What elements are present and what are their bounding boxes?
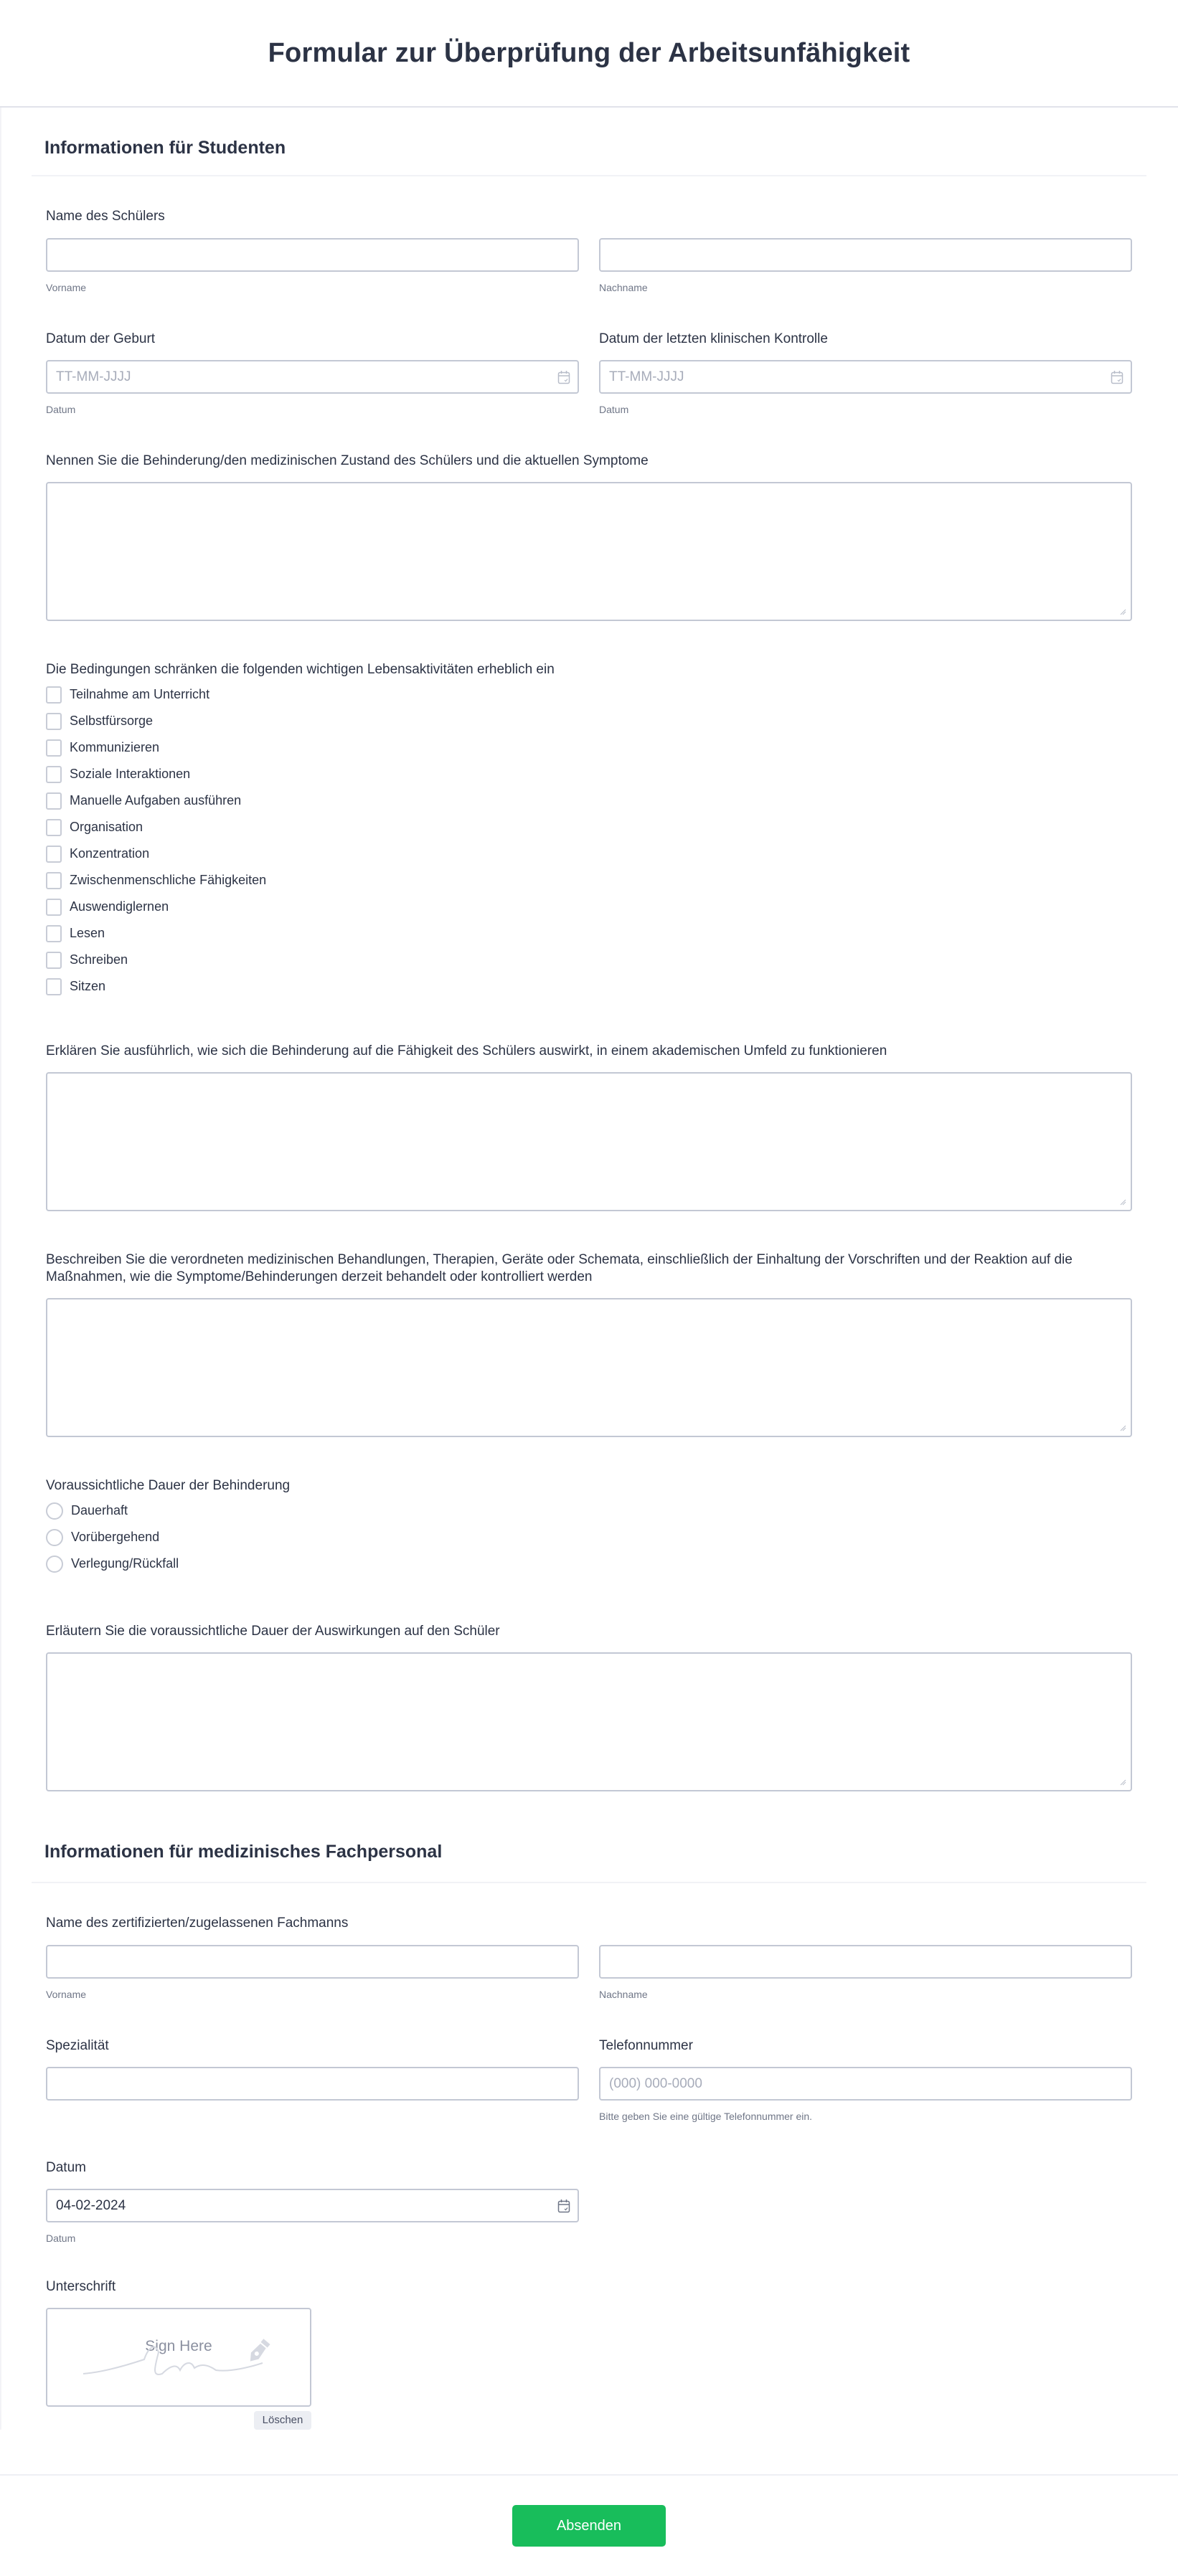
radio-option[interactable]: Dauerhaft — [46, 1497, 1132, 1524]
checkbox-option[interactable]: Schreiben — [46, 947, 1132, 973]
condition-textarea[interactable] — [46, 482, 1132, 621]
signature-field: Unterschrift Sign Here Löschen — [32, 2244, 1146, 2430]
checkbox-label[interactable]: Kommunizieren — [70, 740, 159, 755]
sublabel-last-name: Nachname — [599, 1989, 1132, 2000]
resize-handle-icon[interactable] — [1119, 1424, 1126, 1431]
student-name-field: Name des Schülers Vorname Nachname — [32, 176, 1146, 293]
section-header-student: Informationen für Studenten — [32, 108, 1146, 176]
phone-placeholder: (000) 000-0000 — [609, 2076, 702, 2092]
radio-option[interactable]: Verlegung/Rückfall — [46, 1550, 1132, 1577]
checkbox[interactable] — [46, 925, 62, 942]
checkbox[interactable] — [46, 872, 62, 889]
checkbox-label[interactable]: Teilnahme am Unterricht — [70, 687, 209, 702]
checkbox[interactable] — [46, 846, 62, 863]
radio-button[interactable] — [46, 1502, 63, 1520]
specialty-phone-row: Spezialität Telefonnummer (000) 000-0000… — [32, 2000, 1146, 2122]
date-field: Datum 04-02-2024 Datum — [32, 2122, 1146, 2244]
resize-handle-icon[interactable] — [1119, 608, 1126, 615]
sublabel-last-name: Nachname — [599, 282, 1132, 293]
section-header-professional: Informationen für medizinisches Fachpers… — [32, 1791, 1146, 1883]
checkbox[interactable] — [46, 792, 62, 810]
checkbox-option[interactable]: Soziale Interaktionen — [46, 761, 1132, 787]
radio-button[interactable] — [46, 1529, 63, 1546]
professional-last-name-input[interactable] — [599, 1945, 1132, 1979]
signature-pad[interactable]: Sign Here — [46, 2308, 311, 2407]
treatments-field: Beschreiben Sie die verordneten medizini… — [32, 1211, 1146, 1437]
field-label: Unterschrift — [46, 2278, 1132, 2296]
radio-label[interactable]: Dauerhaft — [71, 1503, 128, 1518]
academic-impact-field: Erklären Sie ausführlich, wie sich die B… — [32, 1000, 1146, 1211]
treatments-textarea[interactable] — [46, 1298, 1132, 1437]
field-label: Datum — [46, 2159, 579, 2177]
checkbox[interactable] — [46, 952, 62, 969]
checkbox-option[interactable]: Selbstfürsorge — [46, 708, 1132, 734]
last-checkup-placeholder: TT-MM-JJJJ — [609, 369, 684, 385]
form-body: Informationen für Studenten Name des Sch… — [0, 108, 1178, 2430]
checkbox-label[interactable]: Sitzen — [70, 979, 105, 994]
duration-effects-textarea[interactable] — [46, 1652, 1132, 1791]
field-label: Die Bedingungen schränken die folgenden … — [46, 661, 1132, 678]
date-value: 04-02-2024 — [56, 2198, 126, 2214]
sublabel-date: Datum — [46, 404, 579, 415]
sublabel-date: Datum — [46, 2232, 579, 2244]
calendar-icon[interactable] — [557, 370, 570, 384]
checkbox-option[interactable]: Auswendiglernen — [46, 894, 1132, 920]
sublabel-first-name: Vorname — [46, 282, 579, 293]
checkbox-option[interactable]: Kommunizieren — [46, 734, 1132, 761]
checkbox-label[interactable]: Manuelle Aufgaben ausführen — [70, 793, 241, 808]
birth-date-input[interactable]: TT-MM-JJJJ — [46, 360, 579, 394]
checkbox-label[interactable]: Lesen — [70, 926, 105, 941]
field-label: Nennen Sie die Behinderung/den medizinis… — [46, 453, 1132, 470]
form-title: Formular zur Überprüfung der Arbeitsunfä… — [268, 38, 910, 69]
checkbox[interactable] — [46, 686, 62, 704]
radio-label[interactable]: Vorübergehend — [71, 1530, 159, 1545]
date-input[interactable]: 04-02-2024 — [46, 2189, 579, 2222]
duration-radio-list: DauerhaftVorübergehendVerlegung/Rückfall — [46, 1497, 1132, 1577]
student-last-name-input[interactable] — [599, 238, 1132, 272]
checkbox-label[interactable]: Selbstfürsorge — [70, 714, 153, 729]
checkbox[interactable] — [46, 713, 62, 730]
student-first-name-input[interactable] — [46, 238, 579, 272]
checkbox-option[interactable]: Lesen — [46, 920, 1132, 947]
calendar-icon[interactable] — [1111, 370, 1123, 384]
checkbox[interactable] — [46, 739, 62, 757]
field-label: Voraussichtliche Dauer der Behinderung — [46, 1477, 1132, 1495]
checkbox-label[interactable]: Soziale Interaktionen — [70, 767, 190, 782]
left-border — [0, 108, 1, 2430]
field-label: Telefonnummer — [599, 2037, 1132, 2055]
section-heading: Informationen für Studenten — [44, 138, 1146, 158]
clear-signature-button[interactable]: Löschen — [254, 2411, 311, 2430]
academic-impact-textarea[interactable] — [46, 1072, 1132, 1211]
checkbox-label[interactable]: Schreiben — [70, 952, 128, 967]
checkbox-label[interactable]: Organisation — [70, 820, 143, 835]
field-label: Erklären Sie ausführlich, wie sich die B… — [46, 1043, 1132, 1060]
signature-pen-icon — [80, 2338, 281, 2381]
checkbox-option[interactable]: Sitzen — [46, 973, 1132, 1000]
resize-handle-icon[interactable] — [1119, 1198, 1126, 1206]
professional-name-field: Name des zertifizierten/zugelassenen Fac… — [32, 1883, 1146, 2000]
radio-button[interactable] — [46, 1555, 63, 1573]
checkbox-option[interactable]: Organisation — [46, 814, 1132, 840]
condition-field: Nennen Sie die Behinderung/den medizinis… — [32, 415, 1146, 621]
specialty-input[interactable] — [46, 2067, 579, 2101]
sublabel-date: Datum — [599, 404, 1132, 415]
calendar-icon[interactable] — [557, 2199, 570, 2213]
duration-field: Voraussichtliche Dauer der Behinderung D… — [32, 1437, 1146, 1577]
checkbox-label[interactable]: Zwischenmenschliche Fähigkeiten — [70, 873, 266, 888]
radio-label[interactable]: Verlegung/Rückfall — [71, 1556, 179, 1571]
activities-field: Die Bedingungen schränken die folgenden … — [32, 621, 1146, 1000]
professional-first-name-input[interactable] — [46, 1945, 579, 1979]
checkbox-option[interactable]: Teilnahme am Unterricht — [46, 681, 1132, 708]
sublabel-first-name: Vorname — [46, 1989, 579, 2000]
field-label: Datum der letzten klinischen Kontrolle — [599, 331, 1132, 348]
duration-effects-field: Erläutern Sie die voraussichtliche Dauer… — [32, 1577, 1146, 1791]
form-header: Formular zur Überprüfung der Arbeitsunfä… — [0, 0, 1178, 108]
field-label: Datum der Geburt — [46, 331, 579, 348]
field-label: Name des zertifizierten/zugelassenen Fac… — [46, 1915, 1132, 1932]
phone-hint: Bitte geben Sie eine gültige Telefonnumm… — [599, 2111, 1132, 2122]
form-footer: Absenden — [0, 2474, 1178, 2576]
checkbox[interactable] — [46, 978, 62, 995]
checkbox[interactable] — [46, 819, 62, 836]
resize-handle-icon[interactable] — [1119, 1779, 1126, 1786]
checkbox-option[interactable]: Manuelle Aufgaben ausführen — [46, 787, 1132, 814]
field-label: Erläutern Sie die voraussichtliche Dauer… — [46, 1623, 1132, 1640]
phone-field: Telefonnummer (000) 000-0000 Bitte geben… — [599, 2037, 1132, 2122]
birth-date-placeholder: TT-MM-JJJJ — [56, 369, 131, 385]
radio-option[interactable]: Vorübergehend — [46, 1524, 1132, 1550]
checkbox-label[interactable]: Auswendiglernen — [70, 899, 169, 914]
form-page: Formular zur Überprüfung der Arbeitsunfä… — [0, 0, 1178, 2576]
field-label: Name des Schülers — [46, 208, 1132, 225]
birth-date-field: Datum der Geburt TT-MM-JJJJ Datum — [46, 331, 579, 415]
last-checkup-field: Datum der letzten klinischen Kontrolle T… — [599, 331, 1132, 415]
checkbox-option[interactable]: Konzentration — [46, 840, 1132, 867]
last-checkup-input[interactable]: TT-MM-JJJJ — [599, 360, 1132, 394]
activities-checkbox-list: Teilnahme am UnterrichtSelbstfürsorgeKom… — [46, 681, 1132, 1000]
specialty-field: Spezialität — [46, 2037, 579, 2122]
field-label: Beschreiben Sie die verordneten medizini… — [46, 1251, 1132, 1286]
dates-row: Datum der Geburt TT-MM-JJJJ Datum Datum … — [32, 293, 1146, 415]
field-label: Spezialität — [46, 2037, 579, 2055]
checkbox-label[interactable]: Konzentration — [70, 846, 149, 861]
section-heading: Informationen für medizinisches Fachpers… — [44, 1842, 1146, 1862]
checkbox-option[interactable]: Zwischenmenschliche Fähigkeiten — [46, 867, 1132, 894]
submit-button[interactable]: Absenden — [512, 2505, 666, 2547]
checkbox[interactable] — [46, 766, 62, 783]
checkbox[interactable] — [46, 899, 62, 916]
phone-input[interactable]: (000) 000-0000 — [599, 2067, 1132, 2101]
